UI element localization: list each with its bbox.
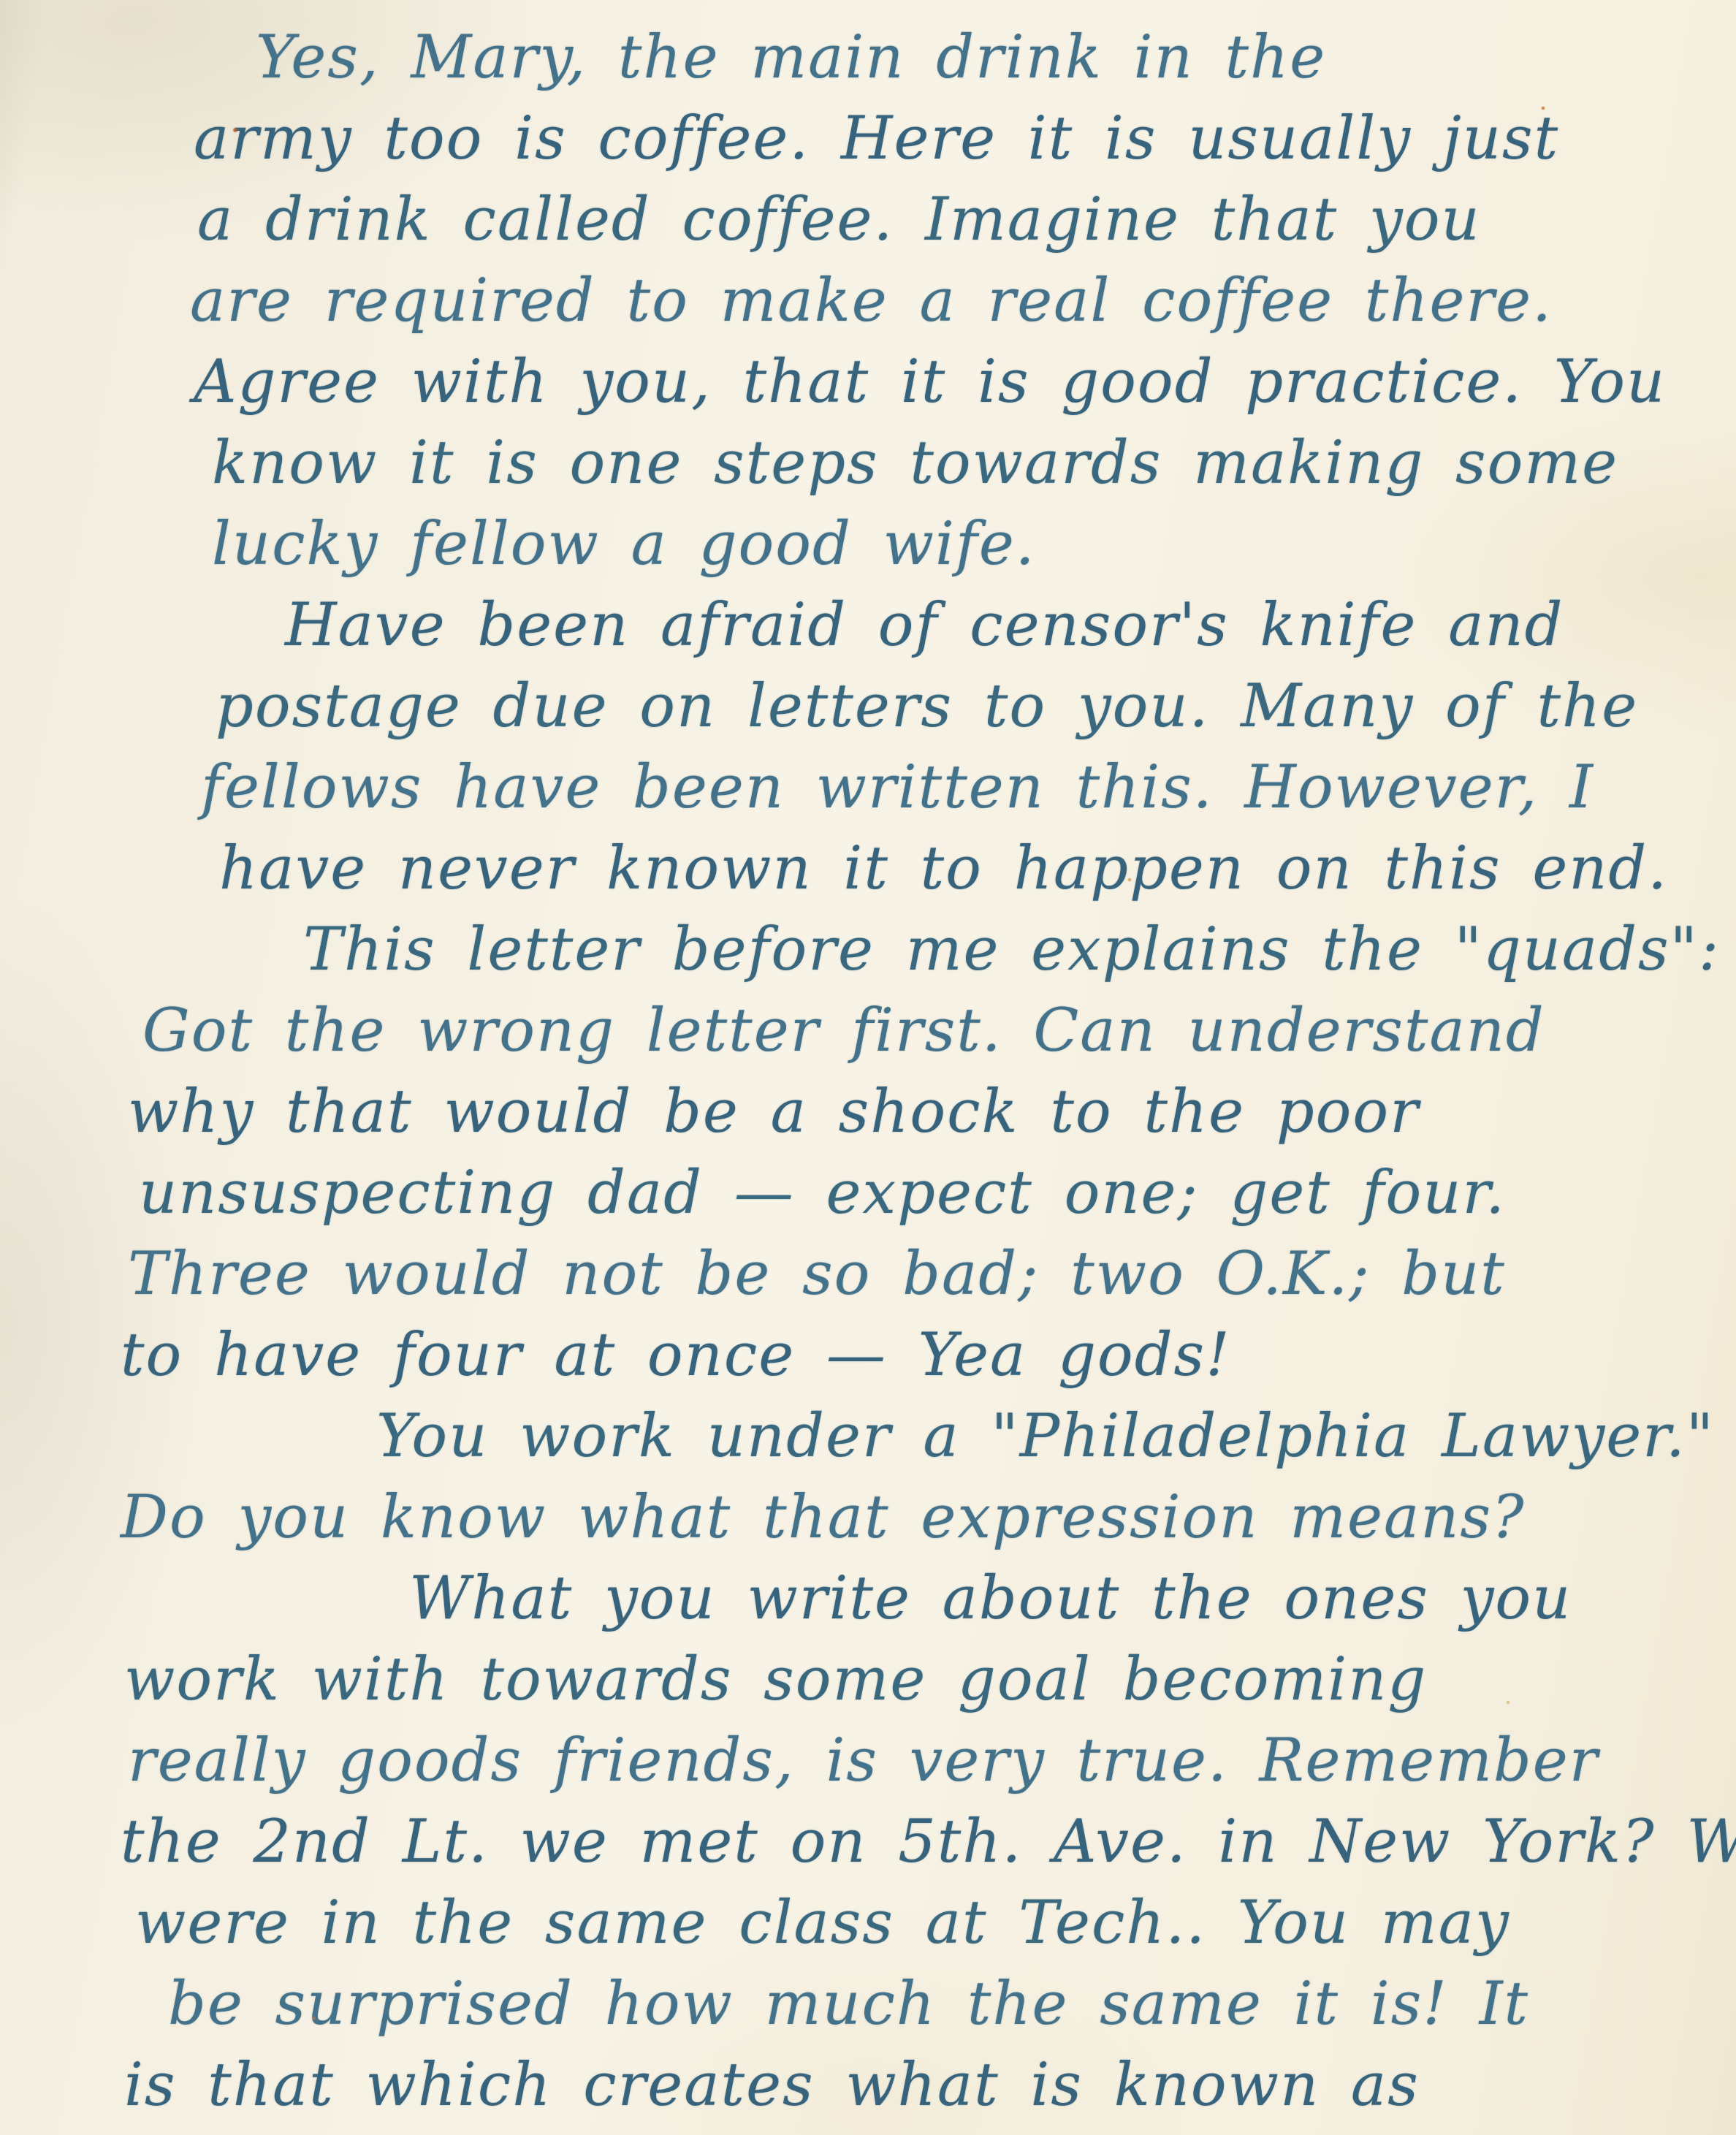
letter-line-22: really goods friends, is very true. Reme… bbox=[128, 1721, 1699, 1802]
letter-line-23: the 2nd Lt. we met on 5th. Ave. in New Y… bbox=[121, 1802, 1699, 1883]
letter-line-16: Three would not be so bad; two O.K.; but bbox=[128, 1234, 1699, 1315]
letter-line-17: to have four at once — Yea gods! bbox=[121, 1315, 1699, 1396]
letter-line-24: were in the same class at Tech.. You may bbox=[135, 1883, 1699, 1964]
letter-line-15: unsuspecting dad — expect one; get four. bbox=[139, 1153, 1699, 1234]
letter-line-25: be surprised how much the same it is! It bbox=[168, 1964, 1699, 2045]
letter-line-21: work with towards some goal becoming bbox=[124, 1640, 1699, 1721]
letter-line-18: You work under a "Philadelphia Lawyer." bbox=[376, 1396, 1699, 1477]
letter-line-7: lucky fellow a good wife. bbox=[212, 504, 1699, 585]
letter-line-9: postage due on letters to you. Many of t… bbox=[216, 666, 1699, 747]
letter-line-11: have never known it to happen on this en… bbox=[219, 829, 1699, 910]
letter-line-26: is that which creates what is known as bbox=[124, 2045, 1699, 2126]
letter-line-14: why that would be a shock to the poor bbox=[128, 1072, 1699, 1153]
letter-line-6: know it is one steps towards making some bbox=[212, 423, 1699, 504]
letter-line-1: Yes, Mary, the main drink in the bbox=[256, 18, 1699, 99]
letter-body: Yes, Mary, the main drink in the army to… bbox=[0, 0, 1736, 2135]
letter-line-13: Got the wrong letter first. Can understa… bbox=[142, 991, 1699, 1072]
letter-line-2: army too is coffee. Here it is usually j… bbox=[194, 99, 1699, 180]
letter-page: Yes, Mary, the main drink in the army to… bbox=[0, 0, 1736, 2135]
letter-line-20: What you write about the ones you bbox=[409, 1559, 1699, 1640]
letter-line-3: a drink called coffee. Imagine that you bbox=[197, 180, 1699, 261]
letter-line-10: fellows have been written this. However,… bbox=[201, 747, 1699, 829]
letter-line-12: This letter before me explains the "quad… bbox=[303, 910, 1699, 991]
letter-line-4: are required to make a real coffee there… bbox=[190, 261, 1699, 342]
letter-line-19: Do you know what that expression means? bbox=[121, 1477, 1699, 1559]
letter-line-8: Have been afraid of censor's knife and bbox=[285, 585, 1699, 666]
letter-line-5: Agree with you, that it is good practice… bbox=[194, 342, 1699, 423]
